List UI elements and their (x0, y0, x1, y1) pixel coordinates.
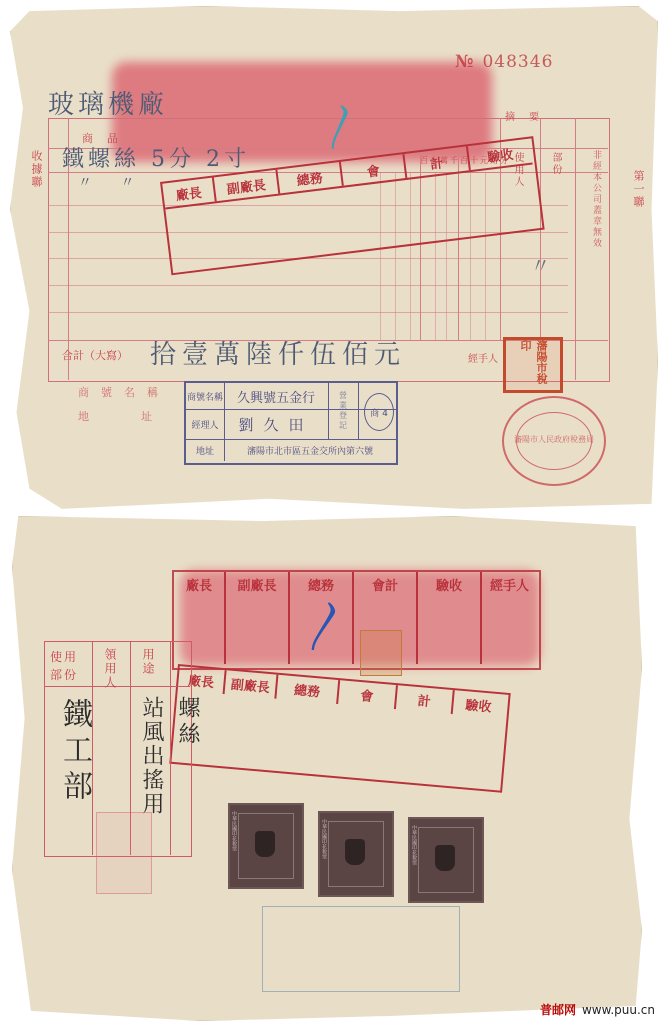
divider (416, 572, 418, 664)
department-handwritten: 鐵工部 (52, 698, 96, 806)
header-receiver: 領用人 (102, 648, 119, 690)
header-purpose: 用途 (140, 648, 157, 676)
divider (575, 118, 576, 380)
item-line-handwritten: 鐵螺絲 5分 2寸 (62, 142, 250, 173)
divider (224, 383, 225, 461)
faded-chop (96, 812, 152, 894)
divider (358, 383, 359, 439)
item-handwritten: 螺絲 (172, 696, 203, 748)
divider (288, 572, 290, 664)
recipient-handwritten: 玻璃機廠 (48, 84, 168, 121)
purpose-handwritten: 站風出搖用 (136, 696, 167, 816)
torch-icon (255, 831, 275, 857)
divider (224, 572, 226, 664)
revenue-stamp: 中華民國印花稅票 (228, 803, 304, 889)
faded-shop-stamp (262, 906, 460, 992)
divider (170, 641, 171, 855)
blue-signature: 〳 (300, 584, 352, 659)
revenue-stamp: 中華民國印花稅票 (318, 811, 394, 897)
divider (480, 572, 482, 664)
edition-label: 第一聯 (630, 170, 646, 209)
divider (48, 312, 568, 313)
header-remarks: 摘要 (505, 108, 553, 123)
blue-signature: 〳 (314, 87, 369, 159)
quantity-handwritten: 〃 (525, 255, 554, 275)
side-note: 非經本公司蓋章無效 (590, 150, 603, 249)
personal-chop (360, 630, 402, 676)
side-label-receipt: 收據聯 (28, 150, 44, 189)
square-tax-seal: 瀋陽市稅印 (503, 337, 563, 393)
divider (328, 383, 329, 439)
shop-name-label: 商號名稱 (78, 384, 170, 400)
torch-icon (345, 839, 365, 865)
header-department: 使用部份 (50, 648, 90, 684)
approval-stamp-bottom-upper: 廠長 副廠長 總務 會計 驗收 經手人 (172, 570, 541, 670)
revenue-stamp: 中華民國印花稅票 (408, 817, 484, 903)
shop-stamp: 商號名稱 久興號五金行 經理人 劉久田 營業登記 商 4 地址 瀋陽市北市區五金… (184, 381, 398, 465)
header-department: 部份 (548, 152, 563, 179)
divider (48, 285, 568, 286)
torch-icon (435, 845, 455, 871)
handler-label: 經手人 (468, 350, 498, 365)
item-line-2-handwritten: 〃 〃 (78, 172, 146, 192)
divider (352, 572, 354, 664)
total-label: 合計（大寫） (62, 347, 128, 363)
watermark: 普邮网www.puu.cn (540, 1001, 655, 1018)
total-handwritten: 拾壹萬陸仟伍佰元 (150, 334, 406, 371)
round-government-seal: 瀋陽市人民政府稅務局 (502, 396, 606, 486)
